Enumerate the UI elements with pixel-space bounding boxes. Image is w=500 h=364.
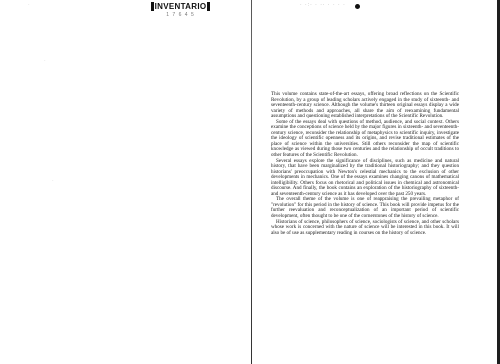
stamp-number: 1 7 6 4 5 xyxy=(143,12,218,18)
ink-dot xyxy=(355,4,360,9)
scan-speck: · xyxy=(52,178,54,184)
paragraph: Several essays explore the significance … xyxy=(271,159,459,198)
paragraph: Some of the essays deal with questions o… xyxy=(271,120,459,159)
stamp-title: INVENTARIO xyxy=(151,2,211,11)
scan-speck: · xyxy=(44,58,46,64)
scan-speck: · xyxy=(28,2,30,8)
blurb-text: This volume contains state-of-the-art es… xyxy=(271,92,459,236)
header-specks: · ·:· · ·· · · · · xyxy=(300,2,360,14)
paragraph: The overall theme of the volume is one o… xyxy=(271,197,459,219)
book-spread: INVENTARIO 1 7 6 4 5 · · · · ·:· · ·· · … xyxy=(0,0,500,364)
paragraph: This volume contains state-of-the-art es… xyxy=(271,92,459,120)
paragraph: Historians of science, philosophers of s… xyxy=(271,220,459,237)
gutter-divider xyxy=(251,0,252,364)
left-page: INVENTARIO 1 7 6 4 5 · · · xyxy=(0,0,252,364)
inventory-stamp: INVENTARIO 1 7 6 4 5 xyxy=(143,2,218,18)
